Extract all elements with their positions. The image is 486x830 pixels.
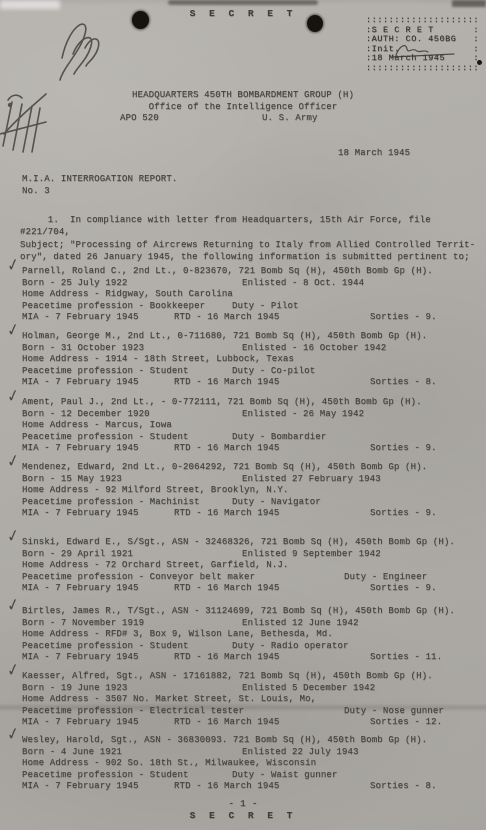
sorties-count: Sorties - 9. (370, 443, 437, 455)
rtd-date: RTD - 16 March 1945 (174, 652, 279, 664)
secret-stamp: :::::::::::::::::::: :S E C R E T : :AUT… (366, 16, 479, 74)
duty-value: Duty - Co-pilot (232, 366, 315, 378)
mia-date: MIA - 7 February 1945 (22, 652, 139, 664)
mia-date: MIA - 7 February 1945 (22, 781, 139, 793)
mia-date: MIA - 7 February 1945 (22, 312, 139, 324)
enlisted-value: Enlisted 9 September 1942 (242, 549, 381, 561)
profession-value: Peacetime profession - Student (22, 641, 189, 653)
checkmark-icon: ✓ (6, 258, 21, 273)
report-title: M.I.A. INTERROGATION REPORT. (22, 174, 177, 184)
profession-value: Peacetime profession - Conveyor belt mak… (22, 572, 255, 584)
rtd-date: RTD - 16 March 1945 (174, 583, 279, 595)
sorties-count: Sorties - 11. (370, 652, 442, 664)
sorties-count: Sorties - 12. (370, 717, 442, 729)
hole-punch-right (307, 15, 323, 32)
sorties-count: Sorties - 9. (370, 508, 437, 520)
document-date: 18 March 1945 (338, 148, 410, 158)
army-label: U. S. Army (262, 113, 318, 125)
headquarters-line: HEADQUARTERS 450TH BOMBARDMENT GROUP (H) (0, 90, 486, 102)
enlisted-value: Enlisted 22 July 1943 (242, 747, 359, 759)
crew-name-line: Kaesser, Alfred, Sgt., ASN - 17161882, 7… (22, 671, 433, 681)
home-address: Home Address - 72 Orchard Street, Garfie… (22, 560, 478, 572)
scan-smudge (168, 0, 318, 5)
crew-name-line: Holman, George M., 2nd Lt., 0-711680, 72… (22, 331, 427, 341)
checkmark-icon: ✓ (6, 323, 21, 338)
crew-name-line: Mendenez, Edward, 2nd Lt., 0-2064292, 72… (22, 462, 427, 472)
rtd-date: RTD - 16 March 1945 (174, 377, 279, 389)
page-number: - 1 - (0, 798, 486, 809)
profession-value: Peacetime profession - Bookkeeper (22, 301, 205, 313)
apo-number: APO 520 (120, 113, 159, 125)
mia-date: MIA - 7 February 1945 (22, 443, 139, 455)
report-number: No. 3 (22, 186, 50, 196)
crew-entry-wesley: ✓Wesley, Harold, Sgt., ASN - 36830093. 7… (22, 735, 478, 793)
enlisted-value: Enlisted - 16 October 1942 (242, 343, 386, 355)
born-value: Born - 15 May 1923 (22, 474, 122, 486)
home-address: Home Address - 3507 No. Market Street, S… (22, 694, 478, 706)
mia-date: MIA - 7 February 1945 (22, 717, 139, 729)
enlisted-value: Enlisted - 8 Oct. 1944 (242, 278, 364, 290)
hole-punch-left (132, 11, 149, 29)
duty-value: Duty - Pilot (232, 301, 299, 313)
home-address: Home Address - Ridgway, South Carolina (22, 289, 478, 301)
crew-entry-sinski: ✓Sinski, Edward E., S/Sgt., ASN - 324683… (22, 537, 478, 595)
profession-value: Peacetime profession - Student (22, 432, 189, 444)
crew-name-line: Wesley, Harold, Sgt., ASN - 36830093. 72… (22, 735, 427, 745)
mia-date: MIA - 7 February 1945 (22, 377, 139, 389)
checkmark-icon: ✓ (6, 727, 21, 742)
sorties-count: Sorties - 9. (370, 583, 437, 595)
letterhead: HEADQUARTERS 450TH BOMBARDMENT GROUP (H)… (0, 90, 486, 125)
crew-name-line: Birtles, James R., T/Sgt., ASN - 3112469… (22, 606, 455, 616)
crew-entry-kaesser: ✓Kaesser, Alfred, Sgt., ASN - 17161882, … (22, 671, 478, 729)
enlisted-value: Enlisted 12 June 1942 (242, 618, 359, 630)
rtd-date: RTD - 16 March 1945 (174, 312, 279, 324)
duty-value: Duty - Waist gunner (232, 770, 337, 782)
stamp-border-bottom: :::::::::::::::::::: (366, 64, 479, 74)
crew-entry-ament: ✓Ament, Paul J., 2nd Lt., - 0-772111, 72… (22, 397, 478, 455)
home-address: Home Address - 1914 - 18th Street, Lubbo… (22, 354, 478, 366)
mia-date: MIA - 7 February 1945 (22, 508, 139, 520)
sorties-count: Sorties - 8. (370, 377, 437, 389)
home-address: Home Address - Marcus, Iowa (22, 420, 478, 432)
crew-name-line: Ament, Paul J., 2nd Lt., - 0-772111, 721… (22, 397, 422, 407)
born-value: Born - 12 December 1920 (22, 409, 150, 421)
enlisted-value: Enlisted 5 December 1942 (242, 683, 375, 695)
profession-value: Peacetime profession - Student (22, 366, 189, 378)
born-value: Born - 25 July 1922 (22, 278, 127, 290)
rtd-date: RTD - 16 March 1945 (174, 717, 279, 729)
born-value: Born - 29 April 1921 (22, 549, 133, 561)
duty-value: Duty - Bombardier (232, 432, 326, 444)
checkmark-icon: ✓ (6, 598, 21, 613)
duty-value: Duty - Radio operator (232, 641, 349, 653)
home-address: Home Address - RFD# 3, Box 9, Wilson Lan… (22, 629, 478, 641)
crew-entry-mendenez: ✓Mendenez, Edward, 2nd Lt., 0-2064292, 7… (22, 462, 478, 520)
rtd-date: RTD - 16 March 1945 (174, 781, 279, 793)
crew-name-line: Parnell, Roland C., 2nd Lt., 0-823670, 7… (22, 266, 433, 276)
home-address: Home Address - 902 So. 18th St., Milwauk… (22, 758, 478, 770)
mia-date: MIA - 7 February 1945 (22, 583, 139, 595)
checkmark-icon: ✓ (6, 663, 21, 678)
initials-signature (392, 43, 462, 61)
enlisted-value: Enlisted - 26 May 1942 (242, 409, 364, 421)
crew-name-line: Sinski, Edward E., S/Sgt., ASN - 3246832… (22, 537, 455, 547)
born-value: Born - 31 October 1923 (22, 343, 144, 355)
home-address: Home Address - 92 Milford Street, Brookl… (22, 485, 478, 497)
born-value: Born - 19 June 1923 (22, 683, 127, 695)
checkmark-icon: ✓ (6, 389, 21, 404)
duty-value: Duty - Nose gunner (344, 706, 444, 718)
opening-paragraph: 1. In compliance with letter from Headqu… (20, 214, 476, 263)
duty-value: Duty - Engineer (344, 572, 427, 584)
rtd-date: RTD - 16 March 1945 (174, 443, 279, 455)
profession-value: Peacetime profession - Electrical tester (22, 706, 244, 718)
scan-smudge-corner (452, 0, 486, 7)
document-page: S E C R E T :::::::::::::::::::: :S E C … (0, 0, 486, 830)
enlisted-value: Enlisted 27 February 1943 (242, 474, 381, 486)
crew-entry-birtles: ✓Birtles, James R., T/Sgt., ASN - 311246… (22, 606, 478, 664)
secret-classification-bottom: S E C R E T (0, 810, 486, 821)
office-line: Office of the Intelligence Officer (0, 102, 486, 114)
crew-entry-holman: ✓Holman, George M., 2nd Lt., 0-711680, 7… (22, 331, 478, 389)
profession-value: Peacetime profession - Machinist (22, 497, 200, 509)
rtd-date: RTD - 16 March 1945 (174, 508, 279, 520)
checkmark-icon: ✓ (6, 454, 21, 469)
sorties-count: Sorties - 9. (370, 312, 437, 324)
crew-entry-parnell: ✓Parnell, Roland C., 2nd Lt., 0-823670, … (22, 266, 478, 324)
born-value: Born - 4 June 1921 (22, 747, 122, 759)
sorties-count: Sorties - 8. (370, 781, 437, 793)
duty-value: Duty - Navigator (232, 497, 321, 509)
checkmark-icon: ✓ (6, 529, 21, 544)
profession-value: Peacetime profession - Student (22, 770, 189, 782)
born-value: Born - 7 November 1919 (22, 618, 144, 630)
